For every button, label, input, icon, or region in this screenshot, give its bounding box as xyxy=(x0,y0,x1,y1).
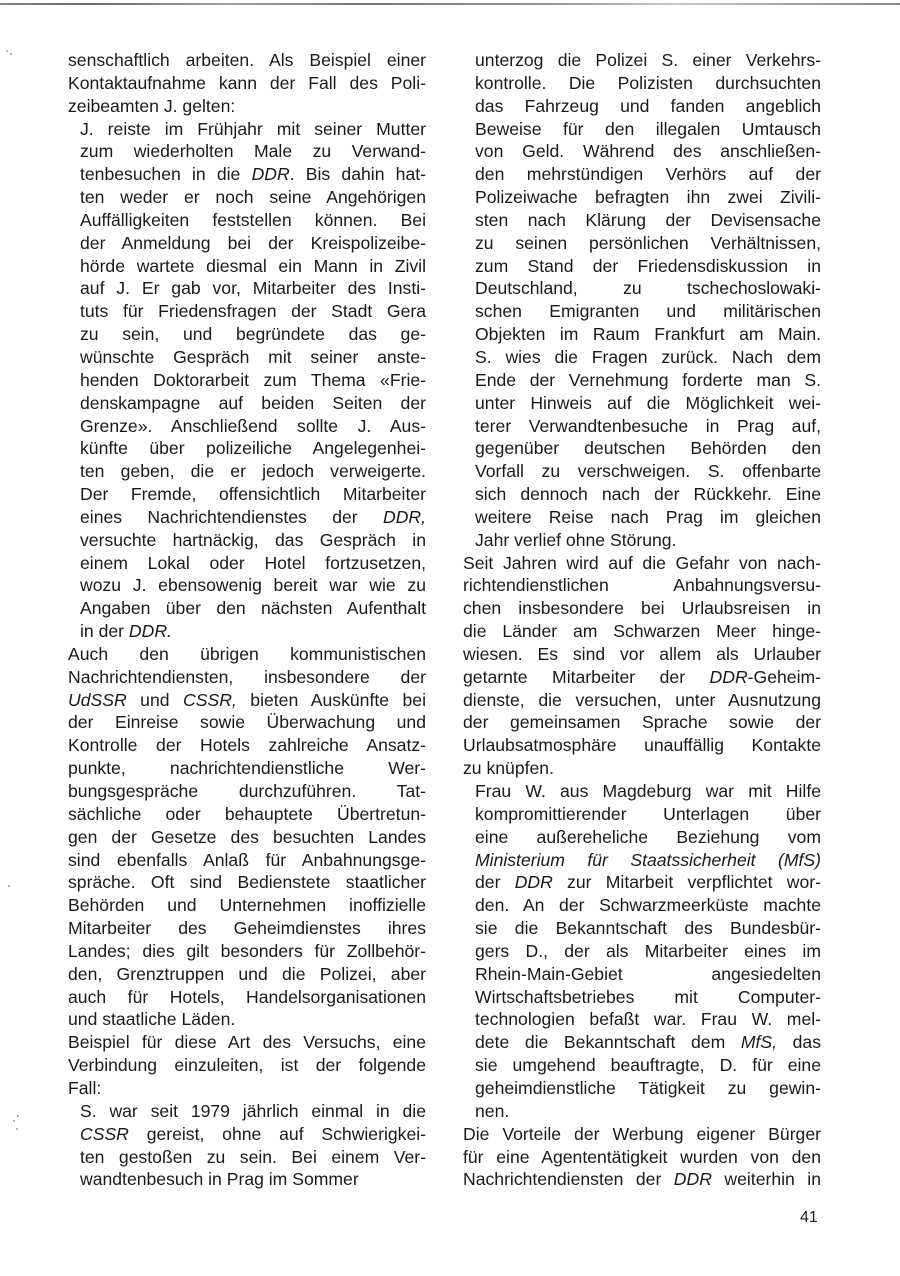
text-line: Nachrichtendiensten, insbesondere der xyxy=(68,666,426,689)
text-line: den mehrstündigen Verhörs auf der xyxy=(475,163,821,186)
text-line: unter Hinweis auf die Möglichkeit wei- xyxy=(475,392,821,415)
text-line: Behörden und Unternehmen inoffizielle xyxy=(68,894,426,917)
text-line: UdSSR und CSSR, bieten Auskünfte bei xyxy=(68,689,426,712)
text-line: auf J. Er gab vor, Mitarbeiter des Insti… xyxy=(80,277,426,300)
text-line: Angaben über den nächsten Aufenthalt xyxy=(80,597,426,620)
text-line: Beispiel für diese Art des Versuchs, ein… xyxy=(68,1031,426,1054)
text-line: Kontaktaufnahme kann der Fall des Poli- xyxy=(68,72,426,95)
case-example-paragraph: Frau W. aus Magdeburg war mit Hilfekompr… xyxy=(463,780,821,1123)
text-line: getarnte Mitarbeiter der DDR-Geheim- xyxy=(463,666,821,689)
text-line: Fall: xyxy=(68,1077,426,1100)
text-line: das Fahrzeug und fanden angeblich xyxy=(475,95,821,118)
text-line: den, Grenztruppen und die Polizei, aber xyxy=(68,963,426,986)
text-line: wozu J. ebensowenig bereit war wie zu xyxy=(80,574,426,597)
body-paragraph: Seit Jahren wird auf die Gefahr von nach… xyxy=(463,552,821,780)
text-line: richtendienstlichen Anbahnungsversu- xyxy=(463,574,821,597)
text-line: dete die Bekanntschaft dem MfS, das xyxy=(475,1031,821,1054)
body-paragraph: Die Vorteile der Werbung eigener Bürgerf… xyxy=(463,1123,821,1192)
text-line: zeibeamten J. gelten: xyxy=(68,95,426,118)
text-line: zu sein, und begründete das ge- xyxy=(80,323,426,346)
text-line: technologien befaßt war. Frau W. mel- xyxy=(475,1008,821,1031)
text-line: chen insbesondere bei Urlaubsreisen in xyxy=(463,597,821,620)
text-line: ten gestoßen zu sein. Bei einem Ver- xyxy=(80,1146,426,1169)
text-line: den. An der Schwarzmeerküste machte xyxy=(475,894,821,917)
text-line: der Anmeldung bei der Kreispolizeibe- xyxy=(80,232,426,255)
text-line: der DDR zur Mitarbeit verpflichtet wor- xyxy=(475,871,821,894)
text-line: ten weder er noch seine Angehörigen xyxy=(80,186,426,209)
text-line: sie umgehend beauftragte, D. für eine xyxy=(475,1054,821,1077)
text-line: hörde wartete diesmal ein Mann in Zivil xyxy=(80,255,426,278)
text-line: sie die Bekanntschaft des Bundesbür- xyxy=(475,917,821,940)
text-line: Landes; dies gilt besonders für Zollbehö… xyxy=(68,940,426,963)
text-line: weitere Reise nach Prag im gleichen xyxy=(475,506,821,529)
text-line: Wirtschaftsbetriebes mit Computer- xyxy=(475,986,821,1009)
text-line: zu knüpfen. xyxy=(463,757,821,780)
text-line: zu seinen persönlichen Verhältnissen, xyxy=(475,232,821,255)
text-line: Auffälligkeiten feststellen können. Bei xyxy=(80,209,426,232)
text-line: auch für Hotels, Handelsorganisationen xyxy=(68,986,426,1009)
text-line: S. war seit 1979 jährlich einmal in die xyxy=(80,1100,426,1123)
text-line: Jahr verlief ohne Störung. xyxy=(475,529,821,552)
text-line: tuts für Friedensfragen der Stadt Gera xyxy=(80,300,426,323)
text-line: gegenüber deutschen Behörden den xyxy=(475,437,821,460)
case-example-paragraph: J. reiste im Frühjahr mit seiner Mutterz… xyxy=(68,118,426,643)
text-line: Die Vorteile der Werbung eigener Bürger xyxy=(463,1123,821,1146)
text-line: wandtenbesuch in Prag im Sommer xyxy=(80,1168,426,1191)
page-top-rule xyxy=(0,3,900,5)
scan-speck xyxy=(17,1115,19,1117)
text-line: unterzog die Polizei S. einer Verkehrs- xyxy=(475,49,821,72)
text-line: sächliche oder behauptete Übertretun- xyxy=(68,803,426,826)
text-line: kompromittierender Unterlagen über xyxy=(475,803,821,826)
text-line: einem Lokal oder Hotel fortzusetzen, xyxy=(80,552,426,575)
text-line: spräche. Oft sind Bedienstete staatliche… xyxy=(68,871,426,894)
text-line: versuchte hartnäckig, das Gespräch in xyxy=(80,529,426,552)
text-line: Vorfall zu verschweigen. S. offenbarte xyxy=(475,460,821,483)
text-line: Nachrichtendiensten der DDR weiterhin in xyxy=(463,1168,821,1191)
text-line: künfte über polizeiliche Angelegenhei- xyxy=(80,437,426,460)
text-line: zum Stand der Friedensdiskussion in xyxy=(475,255,821,278)
text-line: schen Emigranten und militärischen xyxy=(475,300,821,323)
text-line: Grenze». Anschließend sollte J. Aus- xyxy=(80,415,426,438)
text-line: Beweise für den illegalen Umtausch xyxy=(475,118,821,141)
text-line: sind ebenfalls Anlaß für Anbahnungsge- xyxy=(68,849,426,872)
text-line: Frau W. aus Magdeburg war mit Hilfe xyxy=(475,780,821,803)
text-line: zum wiederholten Male zu Verwand- xyxy=(80,140,426,163)
text-line: J. reiste im Frühjahr mit seiner Mutter xyxy=(80,118,426,141)
text-line: senschaftlich arbeiten. Als Beispiel ein… xyxy=(68,49,426,72)
text-line: denskampagne auf beiden Seiten der xyxy=(80,392,426,415)
text-line: Objekten im Raum Frankfurt am Main. xyxy=(475,323,821,346)
text-line: S. wies die Fragen zurück. Nach dem xyxy=(475,346,821,369)
text-line: Ministerium für Staatssicherheit (MfS) xyxy=(475,849,821,872)
text-line: punkte, nachrichtendienstliche Wer- xyxy=(68,757,426,780)
text-line: ten geben, die er jedoch verweigerte. xyxy=(80,460,426,483)
body-paragraph: senschaftlich arbeiten. Als Beispiel ein… xyxy=(68,49,426,118)
text-line: terer Verwandtenbesuche in Prag auf, xyxy=(475,415,821,438)
text-line: wiesen. Es sind vor allem als Urlauber xyxy=(463,643,821,666)
text-line: von Geld. Während des anschließen- xyxy=(475,140,821,163)
scan-speck xyxy=(8,885,10,887)
case-example-paragraph: unterzog die Polizei S. einer Verkehrs-k… xyxy=(463,49,821,552)
page-number: 41 xyxy=(800,1209,818,1227)
text-line: nen. xyxy=(475,1100,821,1123)
text-line: der gemeinsamen Sprache sowie der xyxy=(463,711,821,734)
text-line: die Länder am Schwarzen Meer hinge- xyxy=(463,620,821,643)
text-line: bungsgespräche durchzuführen. Tat- xyxy=(68,780,426,803)
text-line: CSSR gereist, ohne auf Schwierigkei- xyxy=(80,1123,426,1146)
right-column: unterzog die Polizei S. einer Verkehrs-k… xyxy=(463,49,821,1191)
text-line: Seit Jahren wird auf die Gefahr von nach… xyxy=(463,552,821,575)
text-line: dienste, die versuchen, unter Ausnutzung xyxy=(463,689,821,712)
text-line: und staatliche Läden. xyxy=(68,1008,426,1031)
text-line: eine außereheliche Beziehung vom xyxy=(475,826,821,849)
left-column: senschaftlich arbeiten. Als Beispiel ein… xyxy=(68,49,426,1191)
text-line: Ende der Vernehmung forderte man S. xyxy=(475,369,821,392)
text-line: der Einreise sowie Überwachung und xyxy=(68,711,426,734)
text-line: Mitarbeiter des Geheimdienstes ihres xyxy=(68,917,426,940)
text-line: Urlaubsatmosphäre unauffällig Kontakte xyxy=(463,734,821,757)
text-line: Polizeiwache befragten ihn zwei Zivili- xyxy=(475,186,821,209)
text-line: Deutschland, zu tschechoslowaki- xyxy=(475,277,821,300)
text-line: Kontrolle der Hotels zahlreiche Ansatz- xyxy=(68,734,426,757)
text-line: sten nach Klärung der Devisensache xyxy=(475,209,821,232)
text-line: gers D., der als Mitarbeiter eines im xyxy=(475,940,821,963)
body-paragraph: Beispiel für diese Art des Versuchs, ein… xyxy=(68,1031,426,1100)
text-line: eines Nachrichtendienstes der DDR, xyxy=(80,506,426,529)
text-line: henden Doktorarbeit zum Thema «Frie- xyxy=(80,369,426,392)
text-line: sich dennoch nach der Rückkehr. Eine xyxy=(475,483,821,506)
text-line: wünschte Gespräch mit seiner anste- xyxy=(80,346,426,369)
body-paragraph: Auch den übrigen kommunistischenNachrich… xyxy=(68,643,426,1031)
text-line: Auch den übrigen kommunistischen xyxy=(68,643,426,666)
scan-speck xyxy=(10,53,12,55)
text-line: tenbesuchen in die DDR. Bis dahin hat- xyxy=(80,163,426,186)
text-line: Rhein-Main-Gebiet angesiedelten xyxy=(475,963,821,986)
text-line: kontrolle. Die Polizisten durchsuchten xyxy=(475,72,821,95)
case-example-paragraph: S. war seit 1979 jährlich einmal in dieC… xyxy=(68,1100,426,1191)
scan-speck xyxy=(6,50,8,52)
text-line: gen der Gesetze des besuchten Landes xyxy=(68,826,426,849)
scan-speck xyxy=(16,1128,18,1130)
text-line: für eine Agententätigkeit wurden von den xyxy=(463,1146,821,1169)
text-line: Verbindung einzuleiten, ist der folgende xyxy=(68,1054,426,1077)
text-line: geheimdienstliche Tätigkeit zu gewin- xyxy=(475,1077,821,1100)
text-line: Der Fremde, offensichtlich Mitarbeiter xyxy=(80,483,426,506)
text-line: in der DDR. xyxy=(80,620,426,643)
scan-speck xyxy=(13,1120,15,1122)
